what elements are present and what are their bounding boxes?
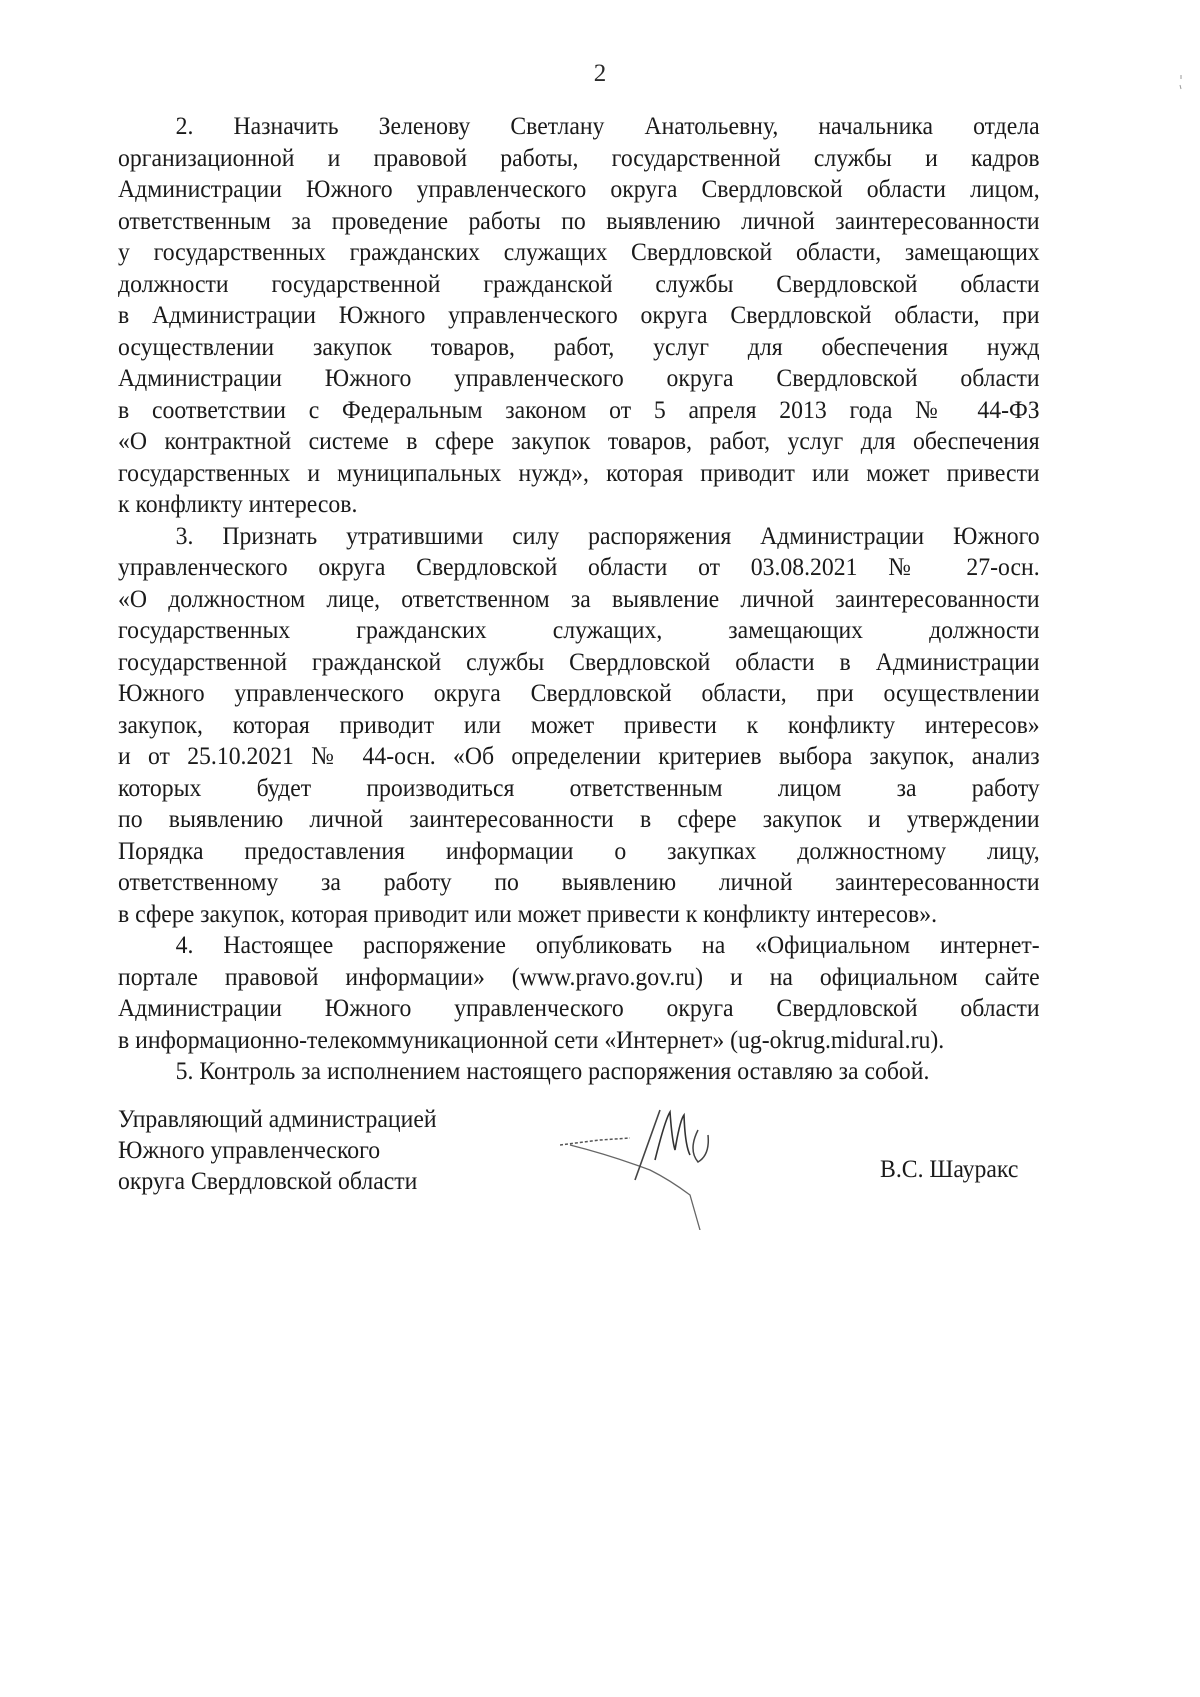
text-line: к конфликту интересов. [118,488,1040,520]
text-line: в Администрации Южного управленческого о… [118,299,1040,331]
paragraph-p2: 2. Назначить Зеленову Светлану Анатольев… [118,110,1040,520]
text-line: в сфере закупок, которая приводит или мо… [118,898,1040,930]
text-line: в соответствии с Федеральным законом от … [118,394,1040,426]
text-line: Администрации Южного управленческого окр… [118,173,1040,205]
text-line: портале правовой информации» (www.pravo.… [118,961,1040,993]
text-line: Порядка предоставления информации о заку… [118,835,1040,867]
text-line: государственных и муниципальных нужд», к… [118,457,1040,489]
signer-name: В.С. Шауракс [880,1154,1018,1184]
document-body: 2. Назначить Зеленову Светлану Анатольев… [118,110,1040,1087]
signatory-position-line: округа Свердловской области [118,1165,437,1196]
text-line: по выявлению личной заинтересованности в… [118,803,1040,835]
handwritten-signature-icon [560,1100,740,1230]
text-line: 4. Настоящее распоряжение опубликовать н… [118,929,1040,961]
text-line: ответственным за проведение работы по вы… [118,205,1040,237]
page-number: 2 [0,60,1200,88]
scan-artifact-icon [1178,75,1184,95]
text-line: Южного управленческого округа Свердловск… [118,677,1040,709]
text-line: ответственному за работу по выявлению ли… [118,866,1040,898]
text-line: организационной и правовой работы, госуд… [118,142,1040,174]
signatory-position: Управляющий администрацией Южного управл… [118,1103,437,1196]
paragraph-p3: 3. Признать утратившими силу распоряжени… [118,520,1040,930]
text-line: осуществлении закупок товаров, работ, ус… [118,331,1040,363]
text-line: должности государственной гражданской сл… [118,268,1040,300]
text-line: «О должностном лице, ответственном за вы… [118,583,1040,615]
paragraph-p4: 4. Настоящее распоряжение опубликовать н… [118,929,1040,1055]
text-line: в информационно-телекоммуникационной сет… [118,1024,1040,1056]
text-line: управленческого округа Свердловской обла… [118,551,1040,583]
text-line: Администрации Южного управленческого окр… [118,362,1040,394]
text-line: Администрации Южного управленческого окр… [118,992,1040,1024]
text-line: 5. Контроль за исполнением настоящего ра… [118,1055,1040,1087]
text-line: которых будет производиться ответственны… [118,772,1040,804]
signatory-position-line: Южного управленческого [118,1134,437,1165]
text-line: у государственных гражданских служащих С… [118,236,1040,268]
text-line: «О контрактной системе в сфере закупок т… [118,425,1040,457]
signatory-position-line: Управляющий администрацией [118,1103,437,1134]
text-line: 3. Признать утратившими силу распоряжени… [118,520,1040,552]
text-line: государственной гражданской службы Сверд… [118,646,1040,678]
paragraph-p5: 5. Контроль за исполнением настоящего ра… [118,1055,1040,1087]
text-line: государственных гражданских служащих, за… [118,614,1040,646]
document-page: 2 2. Назначить Зеленову Светлану Анатоль… [0,0,1200,1697]
text-line: и от 25.10.2021 № 44-осн. «Об определени… [118,740,1040,772]
text-line: закупок, которая приводит или может прив… [118,709,1040,741]
text-line: 2. Назначить Зеленову Светлану Анатольев… [118,110,1040,142]
